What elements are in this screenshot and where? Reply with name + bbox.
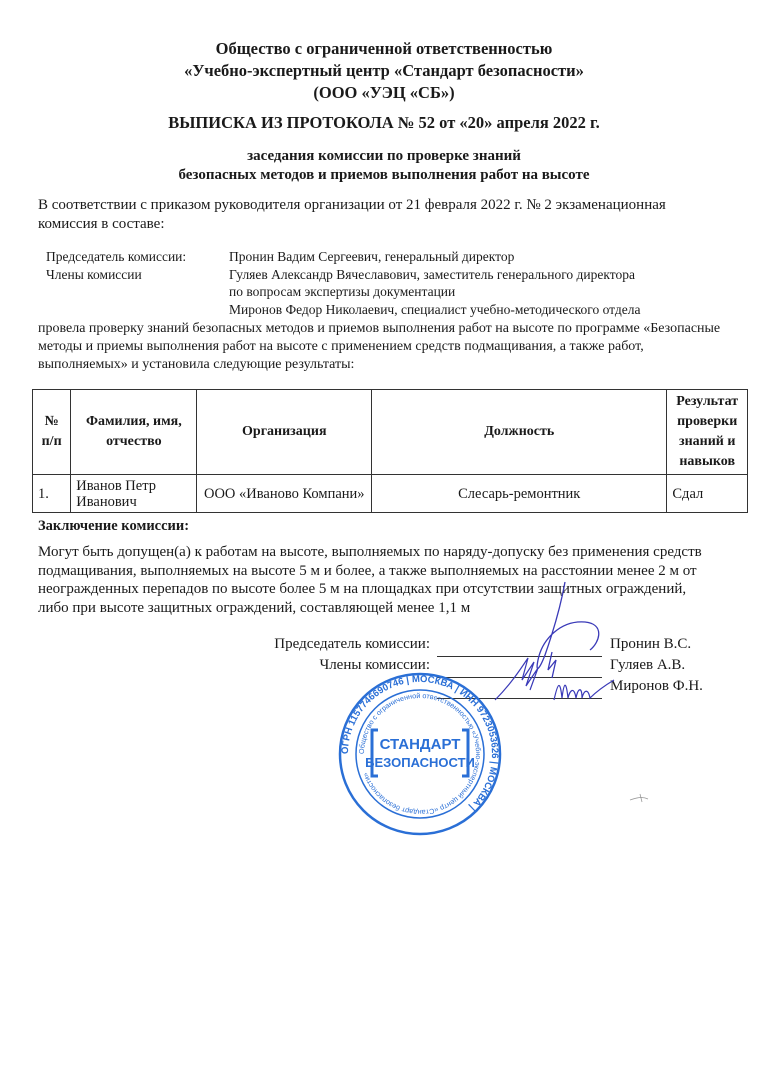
intro-line2: комиссия в составе:	[38, 215, 738, 234]
intro-line1: В соответствии с приказом руководителя о…	[38, 196, 738, 215]
stamp-center-line2: БЕЗОПАСНОСТИ	[365, 755, 475, 770]
subtitle-line2: безопасных методов и приемов выполнения …	[0, 166, 768, 185]
check-line2: методы и приемы выполнения работ на высо…	[38, 338, 738, 356]
stray-mark-icon	[628, 790, 658, 806]
members-values: Гуляев Александр Вячеславович, заместите…	[229, 266, 699, 319]
header-fio-line2: отчество	[76, 432, 191, 452]
header-fio: Фамилия, имя, отчество	[71, 390, 197, 475]
conclusion-title: Заключение комиссии:	[38, 518, 189, 535]
cell-fio-line1: Иванов Петр	[76, 478, 191, 494]
chair-label: Председатель комиссии:	[46, 248, 229, 266]
header-num: № п/п	[33, 390, 71, 475]
signature-member2	[550, 672, 620, 712]
org-name-line1: Общество с ограниченной ответственностью	[0, 38, 768, 60]
members-label: Члены комиссии	[46, 266, 229, 319]
chair-value: Пронин Вадим Сергеевич, генеральный дире…	[229, 248, 699, 266]
member1-line2: по вопросам экспертизы документации	[229, 283, 699, 301]
conclusion-line1: Могут быть допущен(а) к работам на высот…	[38, 543, 738, 562]
header-num-line2: п/п	[38, 432, 65, 452]
sig-chair-label: Председатель комиссии:	[274, 636, 430, 653]
stamp-inner-ring-text: Общество с ограниченной ответственностью…	[357, 691, 483, 817]
header-result-line2: проверки	[672, 412, 742, 432]
organization-stamp: ОГРН 1157746690746 | МОСКВА | ИНН 972305…	[338, 672, 502, 836]
protocol-extract-page: Общество с ограниченной ответственностью…	[0, 0, 768, 1086]
table-row: 1. Иванов Петр Иванович ООО «Иваново Ком…	[33, 475, 748, 513]
stamp-center-line1: СТАНДАРТ	[380, 736, 461, 753]
intro-paragraph: В соответствии с приказом руководителя о…	[38, 196, 738, 233]
table-header-row: № п/п Фамилия, имя, отчество Организация…	[33, 390, 748, 475]
subtitle-line1: заседания комиссии по проверке знаний	[0, 147, 768, 166]
cell-fio-line2: Иванович	[76, 494, 191, 510]
cell-result: Сдал	[667, 475, 748, 513]
header-fio-line1: Фамилия, имя,	[76, 412, 191, 432]
check-paragraph: провела проверку знаний безопасных метод…	[38, 320, 738, 374]
org-name-line2: «Учебно-экспертный центр «Стандарт безоп…	[0, 60, 768, 82]
member1-line1: Гуляев Александр Вячеславович, заместите…	[229, 266, 699, 284]
cell-position: Слесарь-ремонтник	[372, 475, 667, 513]
cell-fio: Иванов Петр Иванович	[71, 475, 197, 513]
commission-composition: Председатель комиссии: Пронин Вадим Серг…	[46, 248, 699, 318]
check-line1: провела проверку знаний безопасных метод…	[38, 320, 738, 338]
check-line3: выполняемых» и установила следующие резу…	[38, 356, 738, 374]
header-result-line3: знаний и	[672, 432, 742, 452]
member2: Миронов Федор Николаевич, специалист уче…	[229, 301, 699, 319]
commission-chair-row: Председатель комиссии: Пронин Вадим Серг…	[46, 248, 699, 266]
header-num-line1: №	[38, 412, 65, 432]
cell-num: 1.	[33, 475, 71, 513]
header-result-line1: Результат	[672, 392, 742, 412]
results-table: № п/п Фамилия, имя, отчество Организация…	[32, 389, 748, 513]
conclusion-line2: подмащивания, выполняемых на высоте 5 м …	[38, 562, 738, 581]
header-result: Результат проверки знаний и навыков	[667, 390, 748, 475]
commission-members-row: Члены комиссии Гуляев Александр Вячеслав…	[46, 266, 699, 319]
document-title: ВЫПИСКА ИЗ ПРОТОКОЛА № 52 от «20» апреля…	[0, 112, 768, 134]
header-result-line4: навыков	[672, 452, 742, 472]
org-short-name: (ООО «УЭЦ «СБ»)	[0, 82, 768, 104]
header-position: Должность	[372, 390, 667, 475]
cell-organization: ООО «Иваново Компани»	[197, 475, 372, 513]
header-organization: Организация	[197, 390, 372, 475]
organization-header: Общество с ограниченной ответственностью…	[0, 38, 768, 104]
document-subtitle: заседания комиссии по проверке знаний бе…	[0, 147, 768, 185]
